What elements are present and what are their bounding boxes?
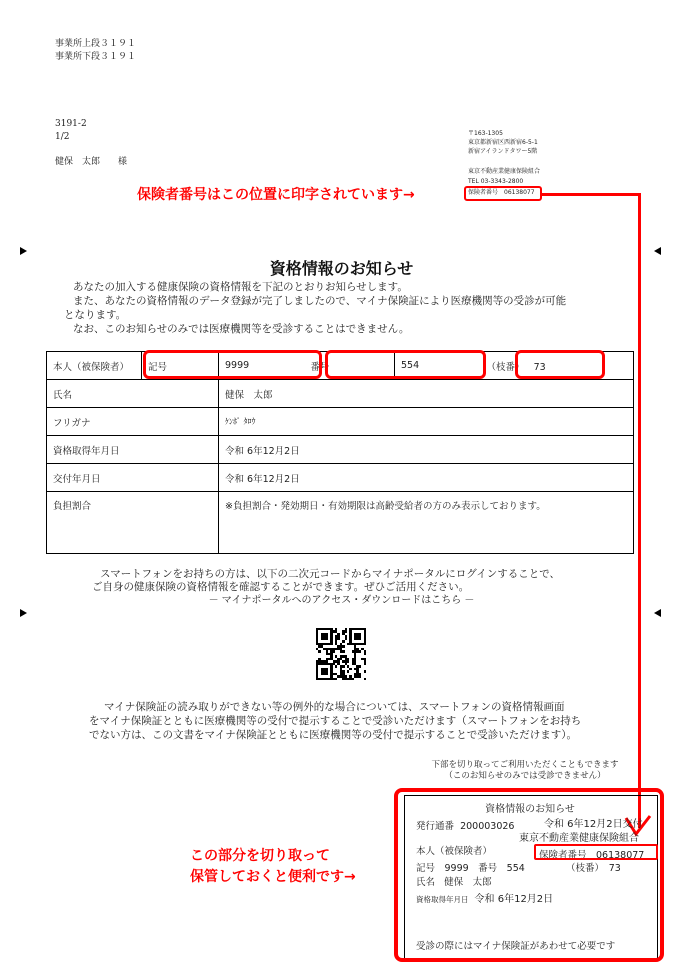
qualification-table: 本人（被保険者） 記号 9999 番号 554 （枝番） 73 氏名 健保 太郎… [46, 351, 634, 554]
row-label: 負担割合 [47, 492, 219, 554]
smartphone-line1: スマートフォンをお持ちの方は、以下の二次元コードからマイナポータルにログインする… [100, 567, 560, 581]
table-row: フリガナ ｹﾝﾎﾟ ﾀﾛｳ [47, 408, 634, 436]
card-name-value: 健保 太郎 [444, 877, 492, 888]
row-label: フリガナ [47, 408, 219, 436]
connector-line-horizontal [542, 193, 641, 196]
connector-line-vertical [638, 193, 641, 828]
card-insurer-highlight [534, 844, 658, 860]
card-footer: 受診の際にはマイナ保険証があわせて必要です [416, 938, 615, 952]
office-lower: 事業所下段３１９１ [55, 51, 136, 64]
card-name-label: 氏名 [416, 877, 435, 888]
branch-highlight [515, 350, 605, 379]
insurer-position-note: 保険者番号はこの位置に印字されています→ [137, 184, 415, 204]
cutoff-line2: （このお知らせのみでは受診できません） [400, 771, 650, 782]
card-name: 氏名 健保 太郎 [416, 874, 492, 888]
card-branch-line: （枝番） 73 [566, 860, 621, 874]
card-issue-label: 発行通番 [416, 821, 454, 832]
row-label: 資格取得年月日 [47, 436, 219, 464]
notice-para3: なお、このお知らせのみでは医療機関等を受診することはできません。 [73, 322, 409, 336]
card-issue-number: 200003026 [460, 821, 514, 832]
margin-marker-icon [20, 247, 27, 255]
mynaportal-link[interactable]: － マイナポータルへのアクセス・ダウンロードはこちら － [0, 594, 683, 608]
office-upper: 事業所上段３１９１ [55, 38, 136, 51]
margin-marker-icon [20, 609, 27, 617]
row-value: 令和 6年12月2日 [219, 464, 634, 492]
row-label: 交付年月日 [47, 464, 219, 492]
row-value: 令和 6年12月2日 [219, 436, 634, 464]
card-acq-label: 資格取得年月日 [416, 895, 469, 904]
exception-line2: をマイナ保険証とともに医療機関等の受付で提示することで受診いただけます（スマート… [89, 714, 581, 728]
card-issue: 発行通番 200003026 [416, 818, 514, 832]
card-org: 東京不動産業健康保険組合 [519, 829, 639, 844]
cut-note-line2: 保管しておくと便利です→ [190, 867, 356, 887]
table-row: 交付年月日 令和 6年12月2日 [47, 464, 634, 492]
cut-note-line1: この部分を切り取って [190, 846, 330, 866]
sender-address1: 東京都新宿区西新宿6-5-1 [468, 139, 538, 148]
row-label: 氏名 [47, 380, 219, 408]
page-number: 1/2 [55, 131, 69, 144]
notice-para1: あなたの加入する健康保険の資格情報を下記のとおりお知らせします。 [73, 280, 408, 294]
exception-line1: マイナ保険証の読み取りができない等の例外的な場合については、スマートフォンの資格… [104, 700, 565, 714]
table-row: 氏名 健保 太郎 [47, 380, 634, 408]
cutoff-line1: 下部を切り取ってご利用いただくこともできます [400, 760, 650, 771]
sender-postal: 〒163-1305 [468, 130, 503, 139]
card-symbol-line: 記号 9999 番号 554 [416, 860, 525, 874]
margin-marker-icon [654, 609, 661, 617]
number-highlight [325, 350, 486, 379]
person-label: 本人（被保険者） [47, 352, 142, 380]
margin-marker-icon [654, 247, 661, 255]
symbol-highlight [143, 350, 322, 379]
card-acq-value: 令和 6年12月2日 [475, 894, 554, 905]
table-row: 資格取得年月日 令和 6年12月2日 [47, 436, 634, 464]
smartphone-line2: ご自身の健康保険の資格情報を確認することができます。ぜひご活用ください。 [92, 580, 469, 594]
sender-address2: 新宿アイランドタワー5階 [468, 148, 537, 157]
document-code: 3191-2 [55, 118, 87, 131]
exception-line3: でない方は、この文書をマイナ保険証とともに医療機関等の受付で提示することで受診い… [89, 728, 577, 742]
qr-code[interactable] [316, 628, 366, 680]
row-value: ※負担割合・発効期日・有効期限は高齢受給者の方のみ表示しております。 [219, 492, 634, 554]
sender-org: 東京不動産業健康保険組合 [468, 168, 540, 177]
card-issued-date: 令和 6年12月2日交付 [544, 815, 643, 830]
notice-title: 資格情報のお知らせ [0, 256, 683, 279]
notice-para2: また、あなたの資格情報のデータ登録が完了しましたので、マイナ保険証により医療機関… [73, 294, 566, 308]
row-value: ｹﾝﾎﾟ ﾀﾛｳ [219, 408, 634, 436]
table-row: 負担割合 ※負担割合・発効期日・有効期限は高齢受給者の方のみ表示しております。 [47, 492, 634, 554]
insurer-number-highlight [464, 186, 542, 201]
notice-para2-cont: となります。 [64, 308, 126, 322]
row-value: 健保 太郎 [219, 380, 634, 408]
card-title: 資格情報のお知らせ [404, 800, 656, 815]
recipient-name: 健保 太郎 様 [55, 156, 127, 169]
card-person-label: 本人（被保険者） [416, 843, 492, 857]
card-acq: 資格取得年月日 令和 6年12月2日 [416, 890, 553, 905]
